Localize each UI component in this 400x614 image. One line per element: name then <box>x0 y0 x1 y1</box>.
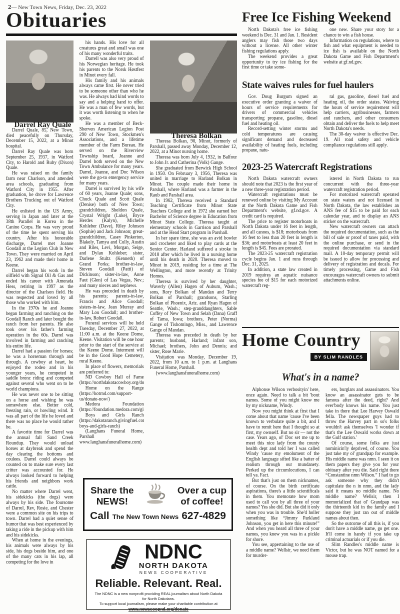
call-line: Call The New Town News 627-4829 <box>85 510 232 522</box>
home-country-header: Home Country BY SLIM RANDLES <box>242 331 399 370</box>
rolled-newspaper-icon <box>109 543 135 576</box>
ndnc-tagline: Reliable. Relevant. Real. <box>87 577 230 590</box>
fuel-haulers-col2: ral gas, gasoline, diesel fuel and heati… <box>324 95 400 156</box>
ndnc-logo-row: NDNC NORTH DAKOTA NEWS COOPERATIVE <box>87 543 230 576</box>
article-title-watercraft: 2023-25 Watercraft Registrations <box>242 163 399 173</box>
ndnc-wordmark: NDNC NORTH DAKOTA NEWS COOPERATIVE <box>139 544 208 576</box>
ndnc-ad: NDNC NORTH DAKOTA NEWS COOPERATIVE Relia… <box>86 539 231 610</box>
ndnc-desc-line: The NDNC is a new nonprofit providing RE… <box>94 592 223 602</box>
coffee-line2: of coffee! <box>177 496 226 507</box>
ice-fishing-col1: North Dakota's free ice fishing weekend … <box>242 28 318 74</box>
ndnc-donate-url: www.newscoopnd.org/donate <box>87 607 230 612</box>
ndnc-support-line: To support local journalism, please make… <box>94 601 223 606</box>
obituary-column-1: Darrel Ray Quale Darrel Quale, 85, New T… <box>6 41 73 605</box>
share-news-text: Share the NEWS! <box>91 485 134 507</box>
coffee-line1: Over a cup <box>177 485 226 496</box>
news-section: Free Ice Fishing Weekend North Dakota's … <box>242 10 399 319</box>
obituaries-section-title: Obituaries <box>6 10 237 31</box>
obituary-darrel-text-col1: Darrel Quale, 85, New Town, died peacefu… <box>6 128 73 565</box>
share-the-news-ad-top: Share the NEWS! Over a cup of coffee! <box>85 480 232 510</box>
paper-name: The New Town News <box>112 513 178 521</box>
coffee-text: Over a cup of coffee! <box>177 485 226 507</box>
ndnc-org-line2: NEWS COOPERATIVE <box>139 570 208 575</box>
obituary-photo-theresa <box>150 41 237 134</box>
obituary-theresa-text: Theresa Bolkan, 90, Minot, formerly of P… <box>150 139 237 377</box>
columnist-byline: BY SLIM RANDLES <box>310 353 367 361</box>
home-country-columns: Alphonse Wilson verbosityin' here, once … <box>242 388 399 614</box>
coffee-cup-icon <box>144 484 167 510</box>
share-the-news-ad: Share the NEWS! Over a cup of coffee! Ca… <box>83 478 233 531</box>
watercraft-col1: North Dakota watercraft owners should no… <box>242 177 318 319</box>
columnist-photo <box>370 331 399 370</box>
obituary-photo-darrel <box>6 41 73 123</box>
home-country-col1: Alphonse Wilson verbosityin' here, once … <box>246 388 320 614</box>
article-title-fuel-haulers: State waives rules for fuel haulers <box>242 81 399 91</box>
column-story-title: What's in a name? <box>242 372 399 384</box>
article-fuel-haulers: Gov. Doug Burgum signed an executive ord… <box>242 95 399 156</box>
ndnc-name: NDNC <box>139 544 208 561</box>
watercraft-col2: istered in North Dakota to run concurren… <box>324 177 400 319</box>
home-country-col2: ers, burglars and assassinators. You kno… <box>326 388 400 614</box>
phone-number: 627-4829 <box>182 510 226 522</box>
fuel-haulers-col1: Gov. Doug Burgum signed an executive ord… <box>242 95 318 156</box>
call-word: Call <box>90 510 109 522</box>
article-ice-fishing: North Dakota's free ice fishing weekend … <box>242 28 399 74</box>
article-watercraft: North Dakota watercraft owners should no… <box>242 177 399 319</box>
share-news-line2: NEWS! <box>91 496 134 507</box>
paper: 2— New Town News, Friday, Dec. 23, 2022 … <box>0 0 400 614</box>
obituary-column-3: Theresa Bolkan Theresa Bolkan, 90, Minot… <box>150 41 237 481</box>
ice-fishing-col2: one new. Share your story for a chance t… <box>324 28 400 74</box>
obituaries-rule <box>6 34 237 37</box>
home-country-section: Home Country BY SLIM RANDLES What's in a… <box>242 327 399 614</box>
ndnc-org-line1: NORTH DAKOTA <box>139 562 208 571</box>
ndnc-description: The NDNC is a new nonprofit providing RE… <box>87 592 230 607</box>
article-title-ice-fishing: Free Ice Fishing Weekend <box>242 10 399 24</box>
newspaper-page: 2— New Town News, Friday, Dec. 23, 2022 … <box>0 0 400 614</box>
obituary-darrel-text-col2: his hands. His love for all creatures gr… <box>79 41 143 446</box>
share-news-line1: Share the <box>91 485 134 496</box>
obituary-column-2: his hands. His love for all creatures gr… <box>79 41 143 487</box>
